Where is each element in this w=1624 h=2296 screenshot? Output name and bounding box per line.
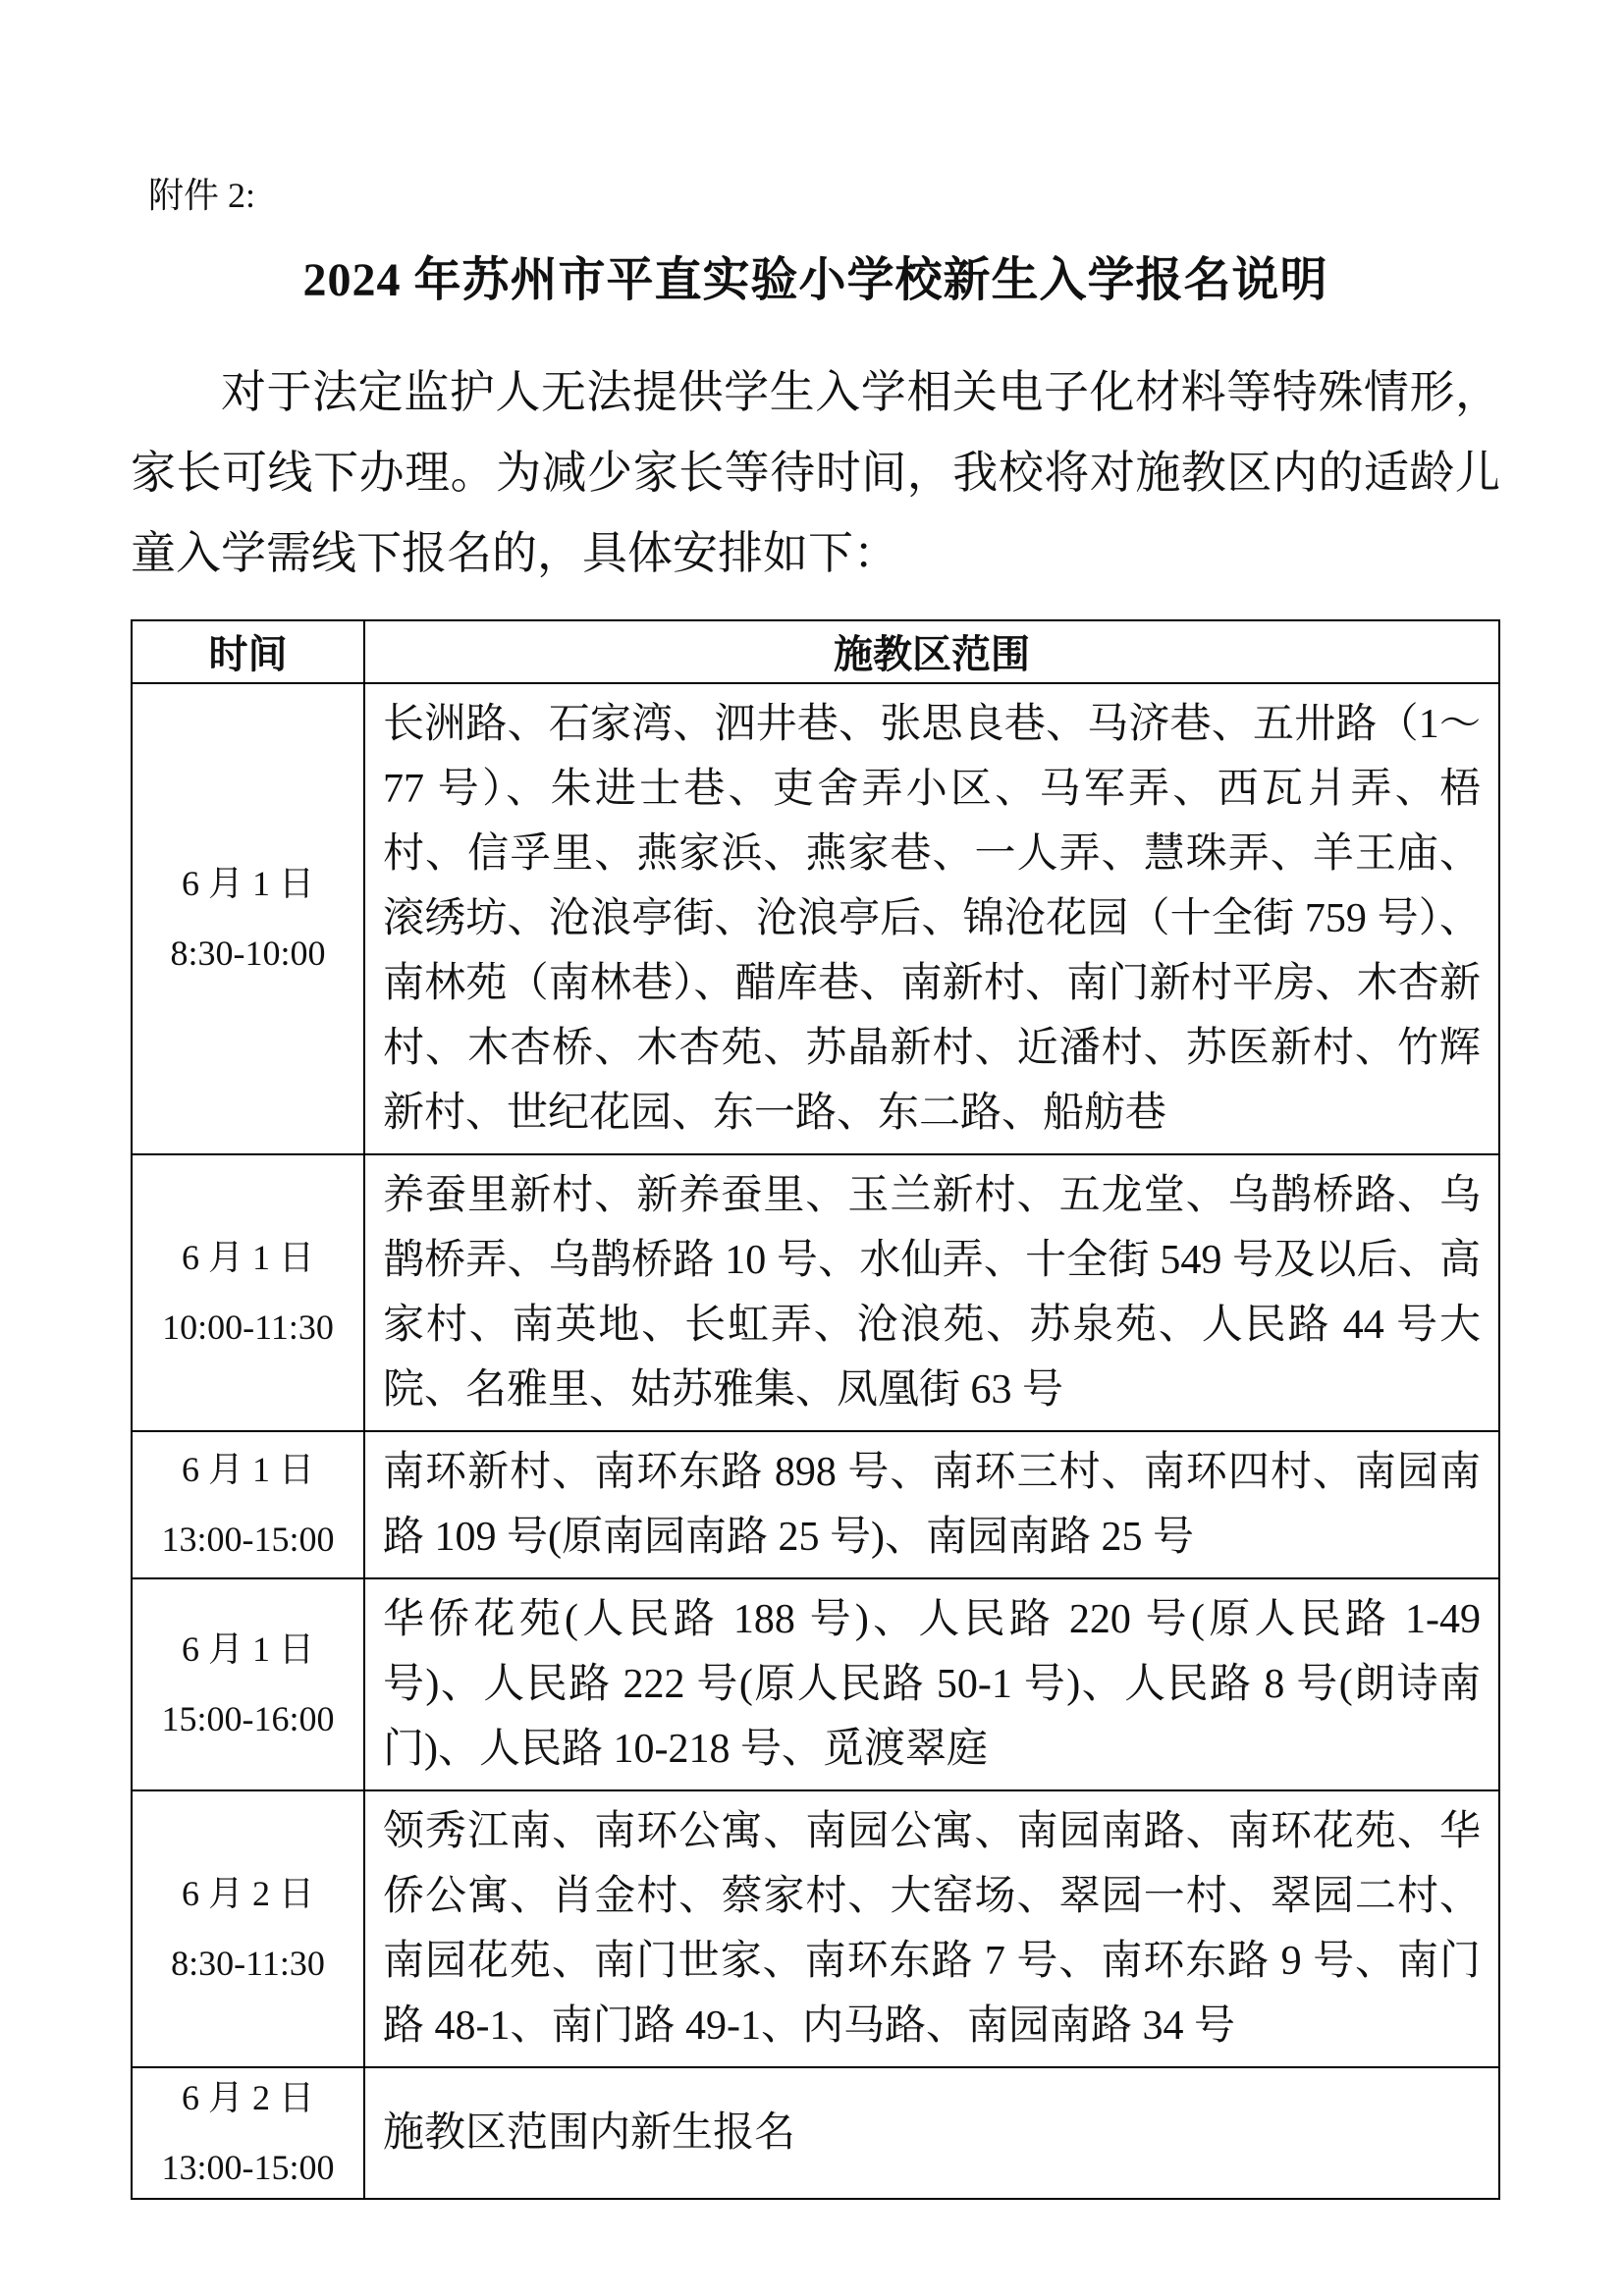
- table-row: 6 月 1 日 13:00-15:00 南环新村、南环东路 898 号、南环三村…: [132, 1431, 1499, 1578]
- time-cell: 6 月 2 日 13:00-15:00: [132, 2067, 364, 2199]
- area-cell: 施教区范围内新生报名: [364, 2067, 1499, 2199]
- column-header-time: 时间: [132, 620, 364, 683]
- time-text: 8:30-11:30: [136, 1942, 359, 1986]
- attachment-label: 附件 2:: [148, 175, 1500, 217]
- time-cell: 6 月 1 日 8:30-10:00: [132, 683, 364, 1154]
- time-cell: 6 月 1 日 13:00-15:00: [132, 1431, 364, 1578]
- time-cell: 6 月 1 日 10:00-11:30: [132, 1154, 364, 1431]
- column-header-area: 施教区范围: [364, 620, 1499, 683]
- date-text: 6 月 1 日: [136, 1448, 359, 1492]
- table-row: 6 月 2 日 8:30-11:30 领秀江南、南环公寓、南园公寓、南园南路、南…: [132, 1790, 1499, 2067]
- time-text: 13:00-15:00: [136, 1518, 359, 1562]
- date-text: 6 月 1 日: [136, 862, 359, 906]
- time-text: 15:00-16:00: [136, 1697, 359, 1741]
- time-text: 13:00-15:00: [136, 2146, 359, 2190]
- date-text: 6 月 2 日: [136, 2076, 359, 2120]
- area-cell: 华侨花苑(人民路 188 号)、人民路 220 号(原人民路 1-49 号)、人…: [364, 1578, 1499, 1790]
- time-text: 8:30-10:00: [136, 932, 359, 976]
- time-cell: 6 月 1 日 15:00-16:00: [132, 1578, 364, 1790]
- date-text: 6 月 2 日: [136, 1872, 359, 1916]
- area-cell: 领秀江南、南环公寓、南园公寓、南园南路、南环花苑、华侨公寓、肖金村、蔡家村、大窑…: [364, 1790, 1499, 2067]
- document-title: 2024 年苏州市平直实验小学校新生入学报名说明: [131, 252, 1500, 309]
- table-row: 6 月 1 日 15:00-16:00 华侨花苑(人民路 188 号)、人民路 …: [132, 1578, 1499, 1790]
- table-row: 6 月 2 日 13:00-15:00 施教区范围内新生报名: [132, 2067, 1499, 2199]
- area-cell: 南环新村、南环东路 898 号、南环三村、南环四村、南园南路 109 号(原南园…: [364, 1431, 1499, 1578]
- intro-paragraph: 对于法定监护人无法提供学生入学相关电子化材料等特殊情形，家长可线下办理。为减少家…: [131, 352, 1500, 594]
- date-text: 6 月 1 日: [136, 1236, 359, 1280]
- time-text: 10:00-11:30: [136, 1306, 359, 1350]
- table-header-row: 时间 施教区范围: [132, 620, 1499, 683]
- area-cell: 养蚕里新村、新养蚕里、玉兰新村、五龙堂、乌鹊桥路、乌鹊桥弄、乌鹊桥路 10 号、…: [364, 1154, 1499, 1431]
- document-page: 附件 2: 2024 年苏州市平直实验小学校新生入学报名说明 对于法定监护人无法…: [0, 0, 1624, 2296]
- schedule-table: 时间 施教区范围 6 月 1 日 8:30-10:00 长洲路、石家湾、泗井巷、…: [131, 619, 1500, 2200]
- area-cell: 长洲路、石家湾、泗井巷、张思良巷、马济巷、五卅路（1～77 号）、朱进士巷、吏舍…: [364, 683, 1499, 1154]
- date-text: 6 月 1 日: [136, 1628, 359, 1672]
- time-cell: 6 月 2 日 8:30-11:30: [132, 1790, 364, 2067]
- table-row: 6 月 1 日 8:30-10:00 长洲路、石家湾、泗井巷、张思良巷、马济巷、…: [132, 683, 1499, 1154]
- table-row: 6 月 1 日 10:00-11:30 养蚕里新村、新养蚕里、玉兰新村、五龙堂、…: [132, 1154, 1499, 1431]
